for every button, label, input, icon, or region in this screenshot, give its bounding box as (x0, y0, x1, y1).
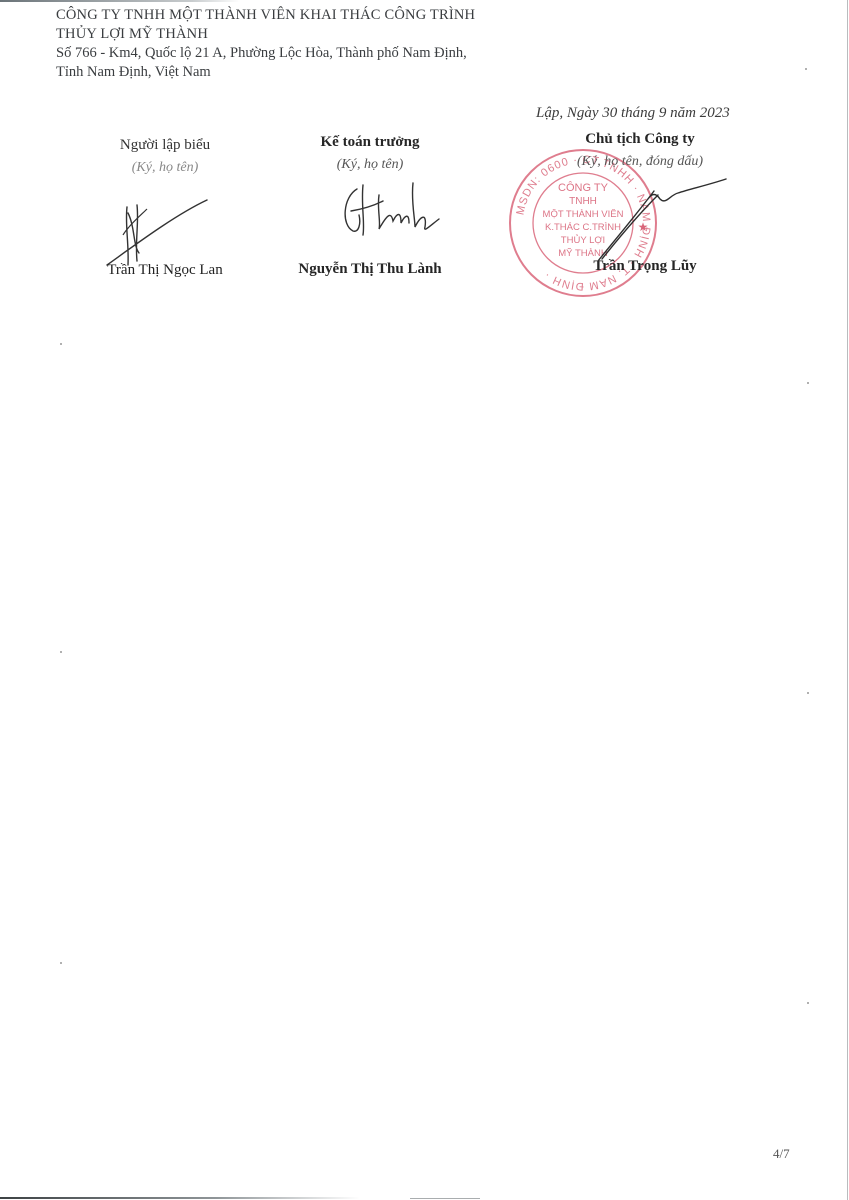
scan-edge-bottom-fragment (410, 1198, 480, 1199)
signature-preparer-icon (95, 195, 215, 270)
signature-block-preparer: Người lập biểu (Ký, họ tên) Trần Thị Ngọ… (80, 137, 250, 176)
scan-edge-bottom (0, 1197, 360, 1199)
signer-role: Kế toán trưởng (285, 134, 455, 151)
signature-block-chairman: Chủ tịch Công ty (Ký, họ tên, đóng dấu) … (555, 131, 725, 170)
signer-role: Người lập biểu (80, 137, 250, 154)
scan-speck (60, 343, 62, 345)
address-line1: Số 766 - Km4, Quốc lộ 21 A, Phường Lộc H… (56, 44, 475, 63)
signature-block-chief-accountant: Kế toán trưởng (Ký, họ tên) Nguyễn Thị T… (285, 134, 455, 173)
svg-text:THỦY LỢI: THỦY LỢI (561, 234, 605, 246)
signer-role: Chủ tịch Công ty (555, 131, 725, 148)
page-number: 4/7 (773, 1146, 790, 1162)
scan-speck (60, 651, 62, 653)
signer-hint: (Ký, họ tên) (285, 157, 455, 173)
company-name-line1: CÔNG TY TNHH MỘT THÀNH VIÊN KHAI THÁC CÔ… (56, 6, 475, 25)
scan-edge-top (0, 0, 240, 2)
svg-text:K.THÁC C.TRÌNH: K.THÁC C.TRÌNH (545, 222, 621, 233)
scan-speck (805, 68, 807, 70)
scan-speck (807, 692, 809, 694)
address-line2: Tỉnh Nam Định, Việt Nam (56, 63, 475, 82)
svg-text:CÔNG TY: CÔNG TY (558, 181, 609, 194)
scan-speck (60, 962, 62, 964)
signer-name: Nguyễn Thị Thu Lành (285, 261, 455, 278)
signer-name: Trần Thị Ngọc Lan (80, 262, 250, 279)
signer-hint: (Ký, họ tên) (80, 160, 250, 176)
company-header: CÔNG TY TNHH MỘT THÀNH VIÊN KHAI THÁC CÔ… (56, 6, 475, 82)
scan-speck (807, 382, 809, 384)
signer-hint: (Ký, họ tên, đóng dấu) (555, 154, 725, 170)
signature-chief-accountant-icon (335, 175, 445, 245)
scan-speck (807, 1002, 809, 1004)
signer-name: Trần Trọng Lũy (565, 258, 725, 275)
scan-edge-right (847, 0, 848, 1200)
svg-text:★: ★ (638, 220, 649, 234)
svg-text:MỘT THÀNH VIÊN: MỘT THÀNH VIÊN (543, 209, 624, 220)
svg-text:TNHH: TNHH (569, 196, 597, 207)
company-name-line2: THỦY LỢI MỸ THÀNH (56, 25, 475, 44)
date-line: Lập, Ngày 30 tháng 9 năm 2023 (536, 105, 730, 122)
